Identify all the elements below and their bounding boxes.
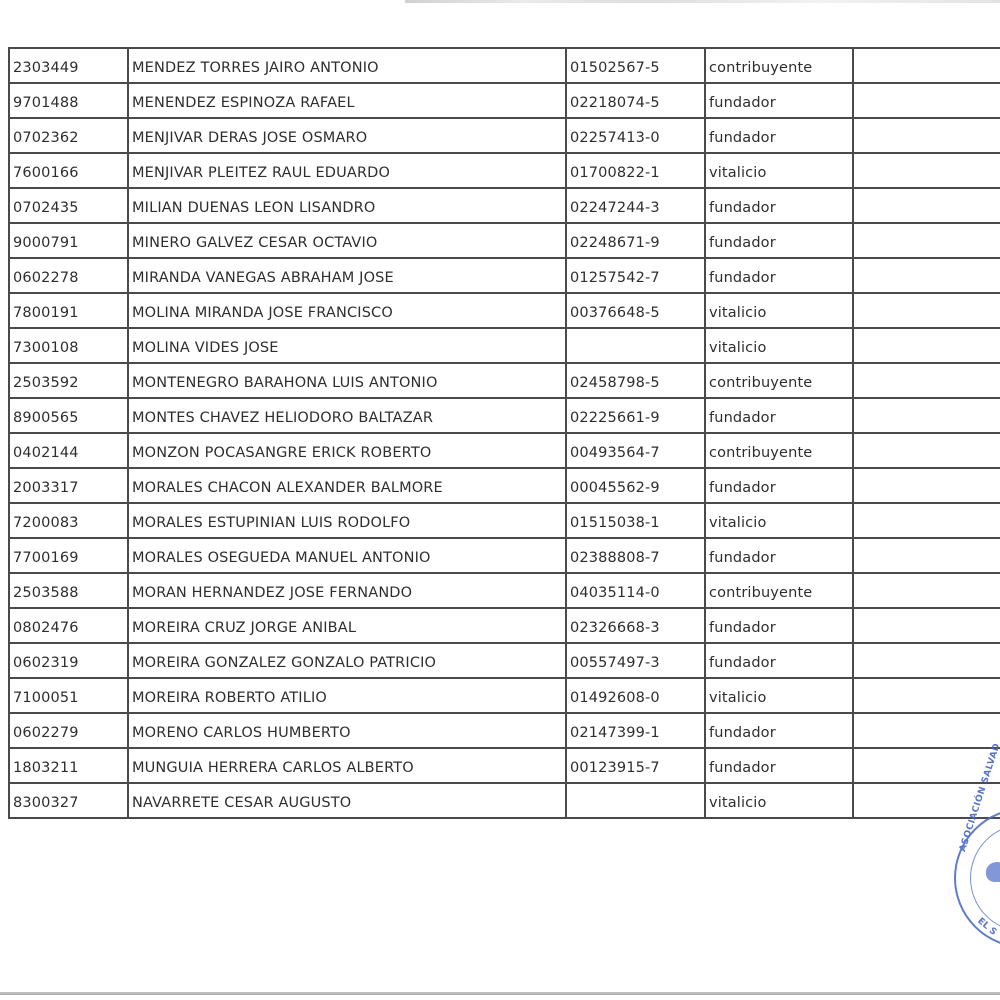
member-code-cell: 2503588 [9, 573, 128, 608]
member-code-cell: 7200083 [9, 503, 128, 538]
table-row: 0702362 MENJIVAR DERAS JOSE OSMARO 02257… [9, 118, 1000, 153]
notes-cell [853, 83, 1000, 118]
member-name-cell: MORENO CARLOS HUMBERTO [128, 713, 566, 748]
member-category-cell: fundador [705, 258, 853, 293]
seal-emblem-icon [986, 862, 1000, 882]
member-category-cell: fundador [705, 223, 853, 258]
member-category-cell: fundador [705, 608, 853, 643]
member-name-cell: MOLINA MIRANDA JOSE FRANCISCO [128, 293, 566, 328]
member-category-cell: fundador [705, 188, 853, 223]
registry-body: 2303449 MENDEZ TORRES JAIRO ANTONIO 0150… [9, 48, 1000, 818]
notes-cell [853, 153, 1000, 188]
member-code-cell: 2303449 [9, 48, 128, 83]
page-bottom-rule [0, 992, 1000, 995]
notes-cell [853, 468, 1000, 503]
table-row: 0602278 MIRANDA VANEGAS ABRAHAM JOSE 012… [9, 258, 1000, 293]
member-name-cell: MIRANDA VANEGAS ABRAHAM JOSE [128, 258, 566, 293]
table-row: 9701488 MENENDEZ ESPINOZA RAFAEL 0221807… [9, 83, 1000, 118]
table-row: 8900565 MONTES CHAVEZ HELIODORO BALTAZAR… [9, 398, 1000, 433]
member-category-cell: contribuyente [705, 433, 853, 468]
member-name-cell: MONTENEGRO BARAHONA LUIS ANTONIO [128, 363, 566, 398]
id-number-cell: 04035114-0 [566, 573, 705, 608]
member-category-cell: fundador [705, 748, 853, 783]
member-code-cell: 2503592 [9, 363, 128, 398]
member-category-cell: fundador [705, 643, 853, 678]
member-name-cell: MONZON POCASANGRE ERICK ROBERTO [128, 433, 566, 468]
table-row: 7200083 MORALES ESTUPINIAN LUIS RODOLFO … [9, 503, 1000, 538]
notes-cell [853, 748, 1000, 783]
member-category-cell: vitalicio [705, 293, 853, 328]
id-number-cell: 01515038-1 [566, 503, 705, 538]
table-row: 9000791 MINERO GALVEZ CESAR OCTAVIO 0224… [9, 223, 1000, 258]
member-name-cell: MORALES CHACON ALEXANDER BALMORE [128, 468, 566, 503]
member-code-cell: 9701488 [9, 83, 128, 118]
member-code-cell: 0602279 [9, 713, 128, 748]
notes-cell [853, 118, 1000, 153]
notes-cell [853, 363, 1000, 398]
member-code-cell: 0402144 [9, 433, 128, 468]
member-category-cell: vitalicio [705, 328, 853, 363]
id-number-cell: 00376648-5 [566, 293, 705, 328]
member-name-cell: MENJIVAR PLEITEZ RAUL EDUARDO [128, 153, 566, 188]
notes-cell [853, 713, 1000, 748]
table-row: 1803211 MUNGUIA HERRERA CARLOS ALBERTO 0… [9, 748, 1000, 783]
member-name-cell: MORALES OSEGUEDA MANUEL ANTONIO [128, 538, 566, 573]
member-category-cell: vitalicio [705, 503, 853, 538]
member-name-cell: MONTES CHAVEZ HELIODORO BALTAZAR [128, 398, 566, 433]
table-row: 2503592 MONTENEGRO BARAHONA LUIS ANTONIO… [9, 363, 1000, 398]
id-number-cell: 01502567-5 [566, 48, 705, 83]
id-number-cell: 01700822-1 [566, 153, 705, 188]
id-number-cell: 02458798-5 [566, 363, 705, 398]
id-number-cell: 00557497-3 [566, 643, 705, 678]
notes-cell [853, 678, 1000, 713]
table-row: 0602319 MOREIRA GONZALEZ GONZALO PATRICI… [9, 643, 1000, 678]
id-number-cell: 02247244-3 [566, 188, 705, 223]
id-number-cell: 02326668-3 [566, 608, 705, 643]
notes-cell [853, 258, 1000, 293]
notes-cell [853, 293, 1000, 328]
member-registry-table: 2303449 MENDEZ TORRES JAIRO ANTONIO 0150… [8, 47, 1000, 819]
table-row: 0702435 MILIAN DUENAS LEON LISANDRO 0224… [9, 188, 1000, 223]
id-number-cell: 00045562-9 [566, 468, 705, 503]
member-name-cell: MILIAN DUENAS LEON LISANDRO [128, 188, 566, 223]
table-row: 7300108 MOLINA VIDES JOSE vitalicio [9, 328, 1000, 363]
member-name-cell: MOREIRA ROBERTO ATILIO [128, 678, 566, 713]
member-category-cell: fundador [705, 468, 853, 503]
member-category-cell: fundador [705, 118, 853, 153]
id-number-cell: 02225661-9 [566, 398, 705, 433]
id-number-cell: 02248671-9 [566, 223, 705, 258]
member-name-cell: MENDEZ TORRES JAIRO ANTONIO [128, 48, 566, 83]
member-code-cell: 7600166 [9, 153, 128, 188]
id-number-cell: 01257542-7 [566, 258, 705, 293]
member-name-cell: MENJIVAR DERAS JOSE OSMARO [128, 118, 566, 153]
member-category-cell: vitalicio [705, 153, 853, 188]
notes-cell [853, 223, 1000, 258]
notes-cell [853, 573, 1000, 608]
scan-edge-artifact [405, 0, 1000, 3]
notes-cell [853, 328, 1000, 363]
member-code-cell: 0702362 [9, 118, 128, 153]
id-number-cell: 00123915-7 [566, 748, 705, 783]
member-category-cell: vitalicio [705, 783, 853, 818]
id-number-cell: 00493564-7 [566, 433, 705, 468]
member-code-cell: 0802476 [9, 608, 128, 643]
notes-cell [853, 503, 1000, 538]
table-row: 0602279 MORENO CARLOS HUMBERTO 02147399-… [9, 713, 1000, 748]
table-row: 7800191 MOLINA MIRANDA JOSE FRANCISCO 00… [9, 293, 1000, 328]
member-category-cell: contribuyente [705, 573, 853, 608]
member-category-cell: contribuyente [705, 48, 853, 83]
table-row: 7700169 MORALES OSEGUEDA MANUEL ANTONIO … [9, 538, 1000, 573]
table-row: 7600166 MENJIVAR PLEITEZ RAUL EDUARDO 01… [9, 153, 1000, 188]
member-name-cell: MORALES ESTUPINIAN LUIS RODOLFO [128, 503, 566, 538]
member-name-cell: MORAN HERNANDEZ JOSE FERNANDO [128, 573, 566, 608]
table-row: 2503588 MORAN HERNANDEZ JOSE FERNANDO 04… [9, 573, 1000, 608]
member-code-cell: 8300327 [9, 783, 128, 818]
notes-cell [853, 398, 1000, 433]
id-number-cell: 02147399-1 [566, 713, 705, 748]
member-name-cell: MOREIRA GONZALEZ GONZALO PATRICIO [128, 643, 566, 678]
member-code-cell: 7100051 [9, 678, 128, 713]
member-code-cell: 1803211 [9, 748, 128, 783]
member-category-cell: vitalicio [705, 678, 853, 713]
table-row: 8300327 NAVARRETE CESAR AUGUSTO vitalici… [9, 783, 1000, 818]
id-number-cell: 01492608-0 [566, 678, 705, 713]
member-category-cell: fundador [705, 398, 853, 433]
member-name-cell: MENENDEZ ESPINOZA RAFAEL [128, 83, 566, 118]
notes-cell [853, 643, 1000, 678]
member-code-cell: 0602278 [9, 258, 128, 293]
member-code-cell: 7700169 [9, 538, 128, 573]
table-row: 0802476 MOREIRA CRUZ JORGE ANIBAL 023266… [9, 608, 1000, 643]
member-code-cell: 2003317 [9, 468, 128, 503]
member-name-cell: MOREIRA CRUZ JORGE ANIBAL [128, 608, 566, 643]
id-number-cell: 02218074-5 [566, 83, 705, 118]
member-category-cell: fundador [705, 83, 853, 118]
member-name-cell: MOLINA VIDES JOSE [128, 328, 566, 363]
table-row: 2303449 MENDEZ TORRES JAIRO ANTONIO 0150… [9, 48, 1000, 83]
member-name-cell: MINERO GALVEZ CESAR OCTAVIO [128, 223, 566, 258]
notes-cell [853, 538, 1000, 573]
table-row: 2003317 MORALES CHACON ALEXANDER BALMORE… [9, 468, 1000, 503]
id-number-cell [566, 328, 705, 363]
table-row: 0402144 MONZON POCASANGRE ERICK ROBERTO … [9, 433, 1000, 468]
member-code-cell: 0702435 [9, 188, 128, 223]
notes-cell [853, 48, 1000, 83]
table-row: 7100051 MOREIRA ROBERTO ATILIO 01492608-… [9, 678, 1000, 713]
id-number-cell [566, 783, 705, 818]
member-category-cell: fundador [705, 713, 853, 748]
notes-cell [853, 188, 1000, 223]
member-code-cell: 7300108 [9, 328, 128, 363]
notes-cell [853, 608, 1000, 643]
id-number-cell: 02388808-7 [566, 538, 705, 573]
notes-cell [853, 433, 1000, 468]
association-seal: ASOCIACIÓN SALVAD EL S [954, 808, 1000, 948]
member-code-cell: 8900565 [9, 398, 128, 433]
member-name-cell: MUNGUIA HERRERA CARLOS ALBERTO [128, 748, 566, 783]
id-number-cell: 02257413-0 [566, 118, 705, 153]
member-category-cell: contribuyente [705, 363, 853, 398]
member-name-cell: NAVARRETE CESAR AUGUSTO [128, 783, 566, 818]
member-code-cell: 7800191 [9, 293, 128, 328]
member-code-cell: 0602319 [9, 643, 128, 678]
member-code-cell: 9000791 [9, 223, 128, 258]
member-category-cell: fundador [705, 538, 853, 573]
